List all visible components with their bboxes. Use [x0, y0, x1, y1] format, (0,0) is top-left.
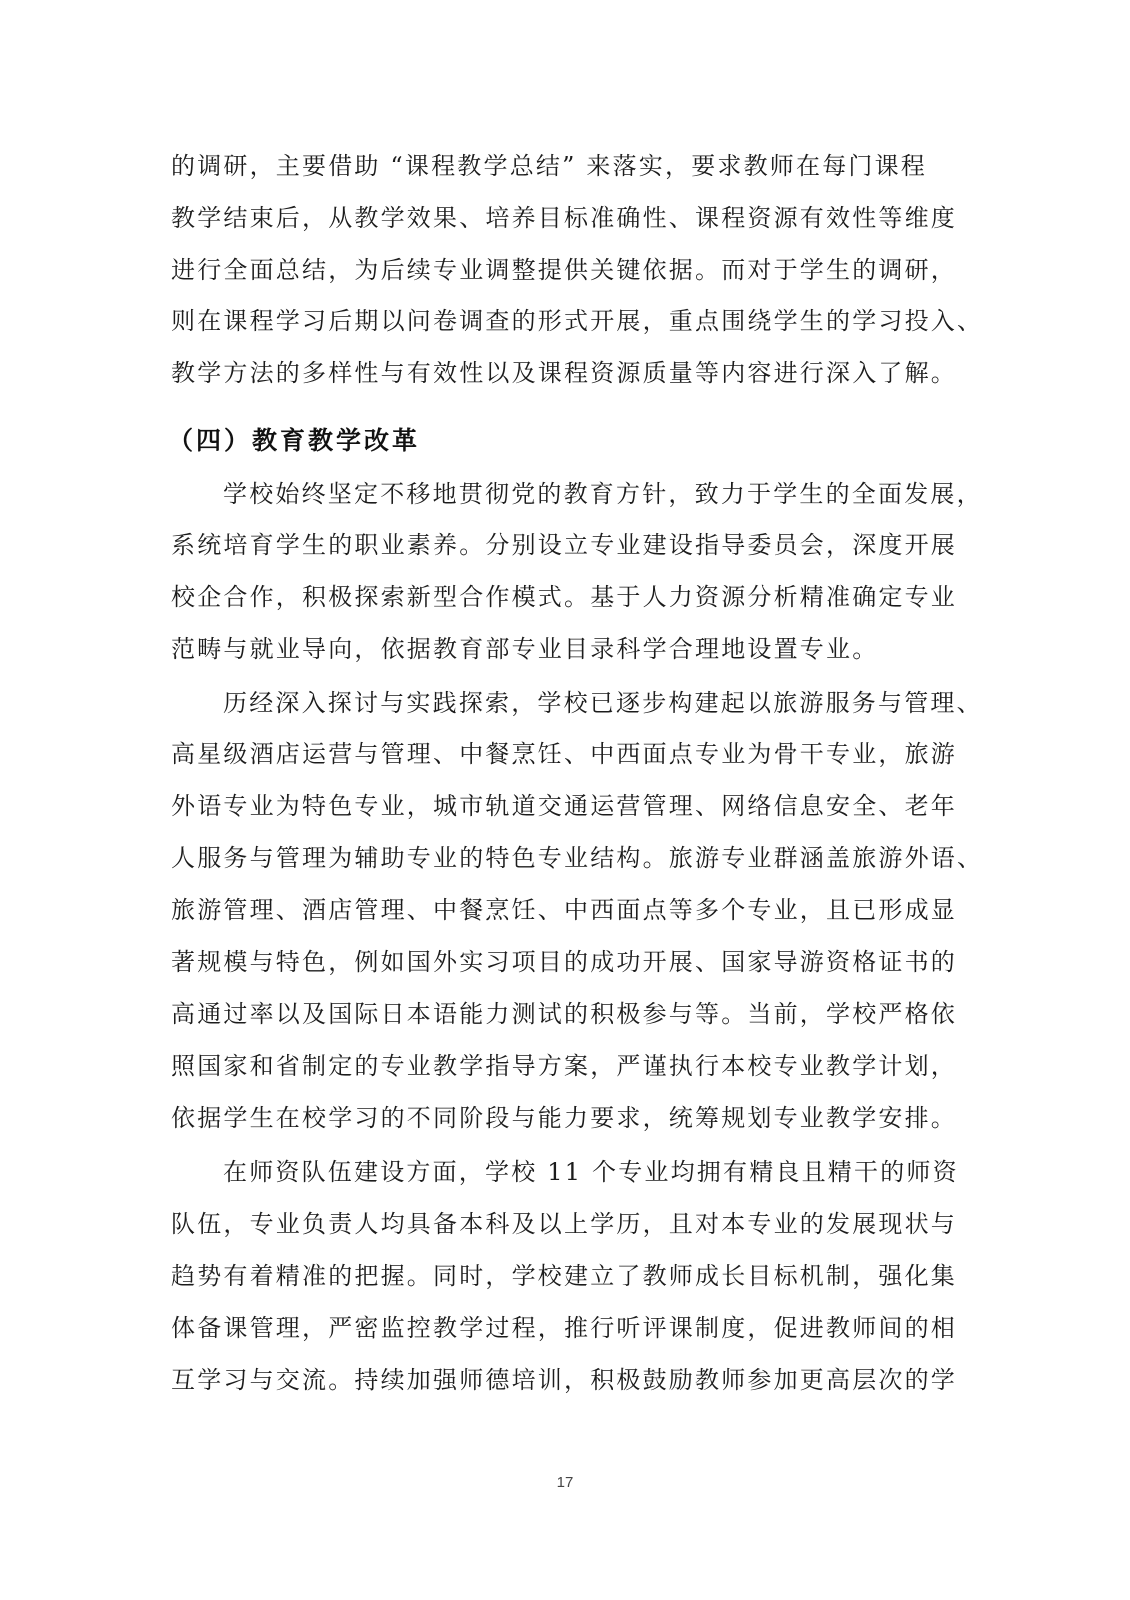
text-line: 的调研，主要借助 “课程教学总结” 来落实，要求教师在每门课程: [171, 149, 971, 183]
text-line: 高星级酒店运营与管理、中餐烹饪、中西面点专业为骨干专业，旅游: [171, 737, 971, 771]
text-line: 高通过率以及国际日本语能力测试的积极参与等。当前，学校严格依: [171, 997, 971, 1031]
text-line: 著规模与特色，例如国外实习项目的成功开展、国家导游资格证书的: [171, 945, 971, 979]
text-line: 在师资队伍建设方面，学校 11 个专业均拥有精良且精干的师资: [223, 1155, 1023, 1189]
text-line: 则在课程学习后期以问卷调查的形式开展，重点围绕学生的学习投入、: [171, 304, 971, 338]
text-line: 人服务与管理为辅助专业的特色专业结构。旅游专业群涵盖旅游外语、: [171, 841, 971, 875]
text-line: 历经深入探讨与实践探索，学校已逐步构建起以旅游服务与管理、: [223, 686, 1023, 720]
text-line: 校企合作，积极探索新型合作模式。基于人力资源分析精准确定专业: [171, 580, 971, 614]
document-page: 的调研，主要借助 “课程教学总结” 来落实，要求教师在每门课程 教学结束后，从教…: [0, 0, 1130, 1600]
text-line: 旅游管理、酒店管理、中餐烹饪、中西面点等多个专业，且已形成显: [171, 893, 971, 927]
text-line: 进行全面总结，为后续专业调整提供关键依据。而对于学生的调研，: [171, 253, 971, 287]
text-line: 照国家和省制定的专业教学指导方案，严谨执行本校专业教学计划，: [171, 1049, 971, 1083]
text-line: 系统培育学生的职业素养。分别设立专业建设指导委员会，深度开展: [171, 528, 971, 562]
text-line: 队伍，专业负责人均具备本科及以上学历，且对本专业的发展现状与: [171, 1207, 971, 1241]
text-line: 体备课管理，严密监控教学过程，推行听评课制度，促进教师间的相: [171, 1311, 971, 1345]
section-heading: （四）教育教学改革: [168, 423, 420, 459]
page-number: 17: [0, 1474, 1130, 1491]
text-line: 教学方法的多样性与有效性以及课程资源质量等内容进行深入了解。: [171, 356, 971, 390]
text-line: 互学习与交流。持续加强师德培训，积极鼓励教师参加更高层次的学: [171, 1363, 971, 1397]
text-line: 范畴与就业导向，依据教育部专业目录科学合理地设置专业。: [171, 632, 971, 666]
text-line: 趋势有着精准的把握。同时，学校建立了教师成长目标机制，强化集: [171, 1259, 971, 1293]
text-line: 外语专业为特色专业，城市轨道交通运营管理、网络信息安全、老年: [171, 789, 971, 823]
text-line: 依据学生在校学习的不同阶段与能力要求，统筹规划专业教学安排。: [171, 1101, 971, 1135]
text-line: 教学结束后，从教学效果、培养目标准确性、课程资源有效性等维度: [171, 201, 971, 235]
text-line: 学校始终坚定不移地贯彻党的教育方针，致力于学生的全面发展，: [223, 477, 1023, 511]
